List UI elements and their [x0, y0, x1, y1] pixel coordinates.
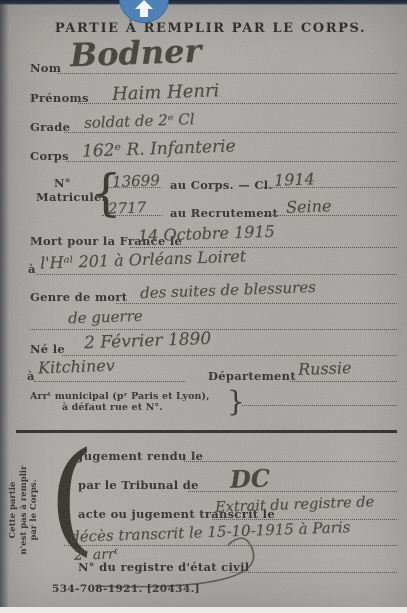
lieu-naissance-label: à [27, 369, 35, 383]
genre-mort-line2 [30, 329, 397, 330]
prenoms-label: Prénoms [30, 91, 89, 105]
arrondissement-line [242, 405, 397, 406]
arrow-up-icon-stem [140, 8, 148, 17]
tribunal-label: par le Tribunal de [78, 478, 199, 492]
scan-bottom-edge [0, 607, 407, 613]
lieu-deces-line [36, 274, 397, 275]
lieu-deces-label: à [28, 262, 36, 276]
genre-mort-value-line2: de guerre [68, 307, 143, 328]
arrondissement-label-line1: Arrᵗ municipal (pʳ Paris et Lyon), [30, 391, 210, 402]
acte-value-line1: Extrait du registre de [215, 494, 375, 516]
grade-line [64, 132, 397, 133]
registre-line [230, 572, 397, 573]
nom-label: Nom [30, 61, 61, 75]
arrondissement-label-line2: à défaut rue et N°. [62, 402, 163, 413]
scan-top-edge [0, 0, 407, 5]
jugement-label: Jugement rendu le [78, 449, 203, 463]
lieu-naissance-line [34, 381, 186, 382]
recrutement-lieu-value: Seine [286, 196, 332, 217]
acte-value-line2: décès transcrit le 15-10-1915 à Paris [70, 518, 351, 546]
genre-mort-line1 [116, 303, 397, 304]
matricule-corps-number: 13699 [112, 171, 160, 191]
side-note-line2: n'est pas à remplir [19, 454, 30, 566]
prenoms-value: Haim Henri [112, 80, 220, 105]
au-recrutement-label: au Recrutement [170, 206, 278, 220]
departement-label: Département [208, 369, 296, 383]
departement-value: Russie [298, 358, 352, 379]
classe-value: 1914 [274, 169, 315, 189]
genre-mort-value-line1: des suites de blessures [140, 278, 316, 302]
au-corps-label: au Corps. — Cl. [170, 178, 273, 192]
scanned-military-death-record: PARTIE À REMPLIR PAR LE CORPS. Nom Bodne… [0, 0, 407, 613]
tribunal-value: DC [230, 463, 271, 493]
registre-label: N° du registre d'état civil [78, 560, 249, 574]
matricule-label-line1: N° [54, 176, 71, 190]
nom-value: Bodner [69, 32, 201, 75]
jugement-line [184, 461, 397, 462]
lieu-deces-value: l'Hᵃˡ 201 à Orléans Loiret [40, 246, 247, 272]
form-imprint: 534-708-1921. [20434.] [52, 583, 200, 595]
side-note-line3: par le Corps. [29, 454, 40, 566]
scroll-up-button[interactable] [119, 0, 169, 23]
grade-value: soldat de 2ᵉ Cl [84, 110, 195, 132]
form-title: PARTIE À REMPLIR PAR LE CORPS. [30, 21, 391, 36]
side-note-vertical: Cette partie n'est pas à remplir par le … [8, 454, 44, 566]
nom-line [58, 73, 397, 74]
ne-le-label: Né le [30, 342, 65, 356]
matricule-recrutement-number: 2717 [108, 198, 147, 217]
corps-label: Corps [30, 149, 69, 163]
arrondissement-brace: } [227, 388, 245, 416]
mort-date-value: 14 Octobre 1915 [138, 222, 275, 246]
genre-mort-label: Genre de mort [30, 290, 127, 304]
side-note-line1: Cette partie [8, 454, 19, 566]
departement-line [290, 381, 397, 382]
tribunal-line [188, 491, 397, 492]
corps-line [66, 161, 397, 162]
corps-value: 162ᵉ R. Infanterie [82, 136, 236, 161]
scan-left-edge [0, 0, 9, 613]
ne-le-value: 2 Février 1890 [84, 329, 212, 353]
grade-label: Grade [30, 120, 70, 134]
lieu-naissance-value: Kitchinev [38, 356, 115, 378]
